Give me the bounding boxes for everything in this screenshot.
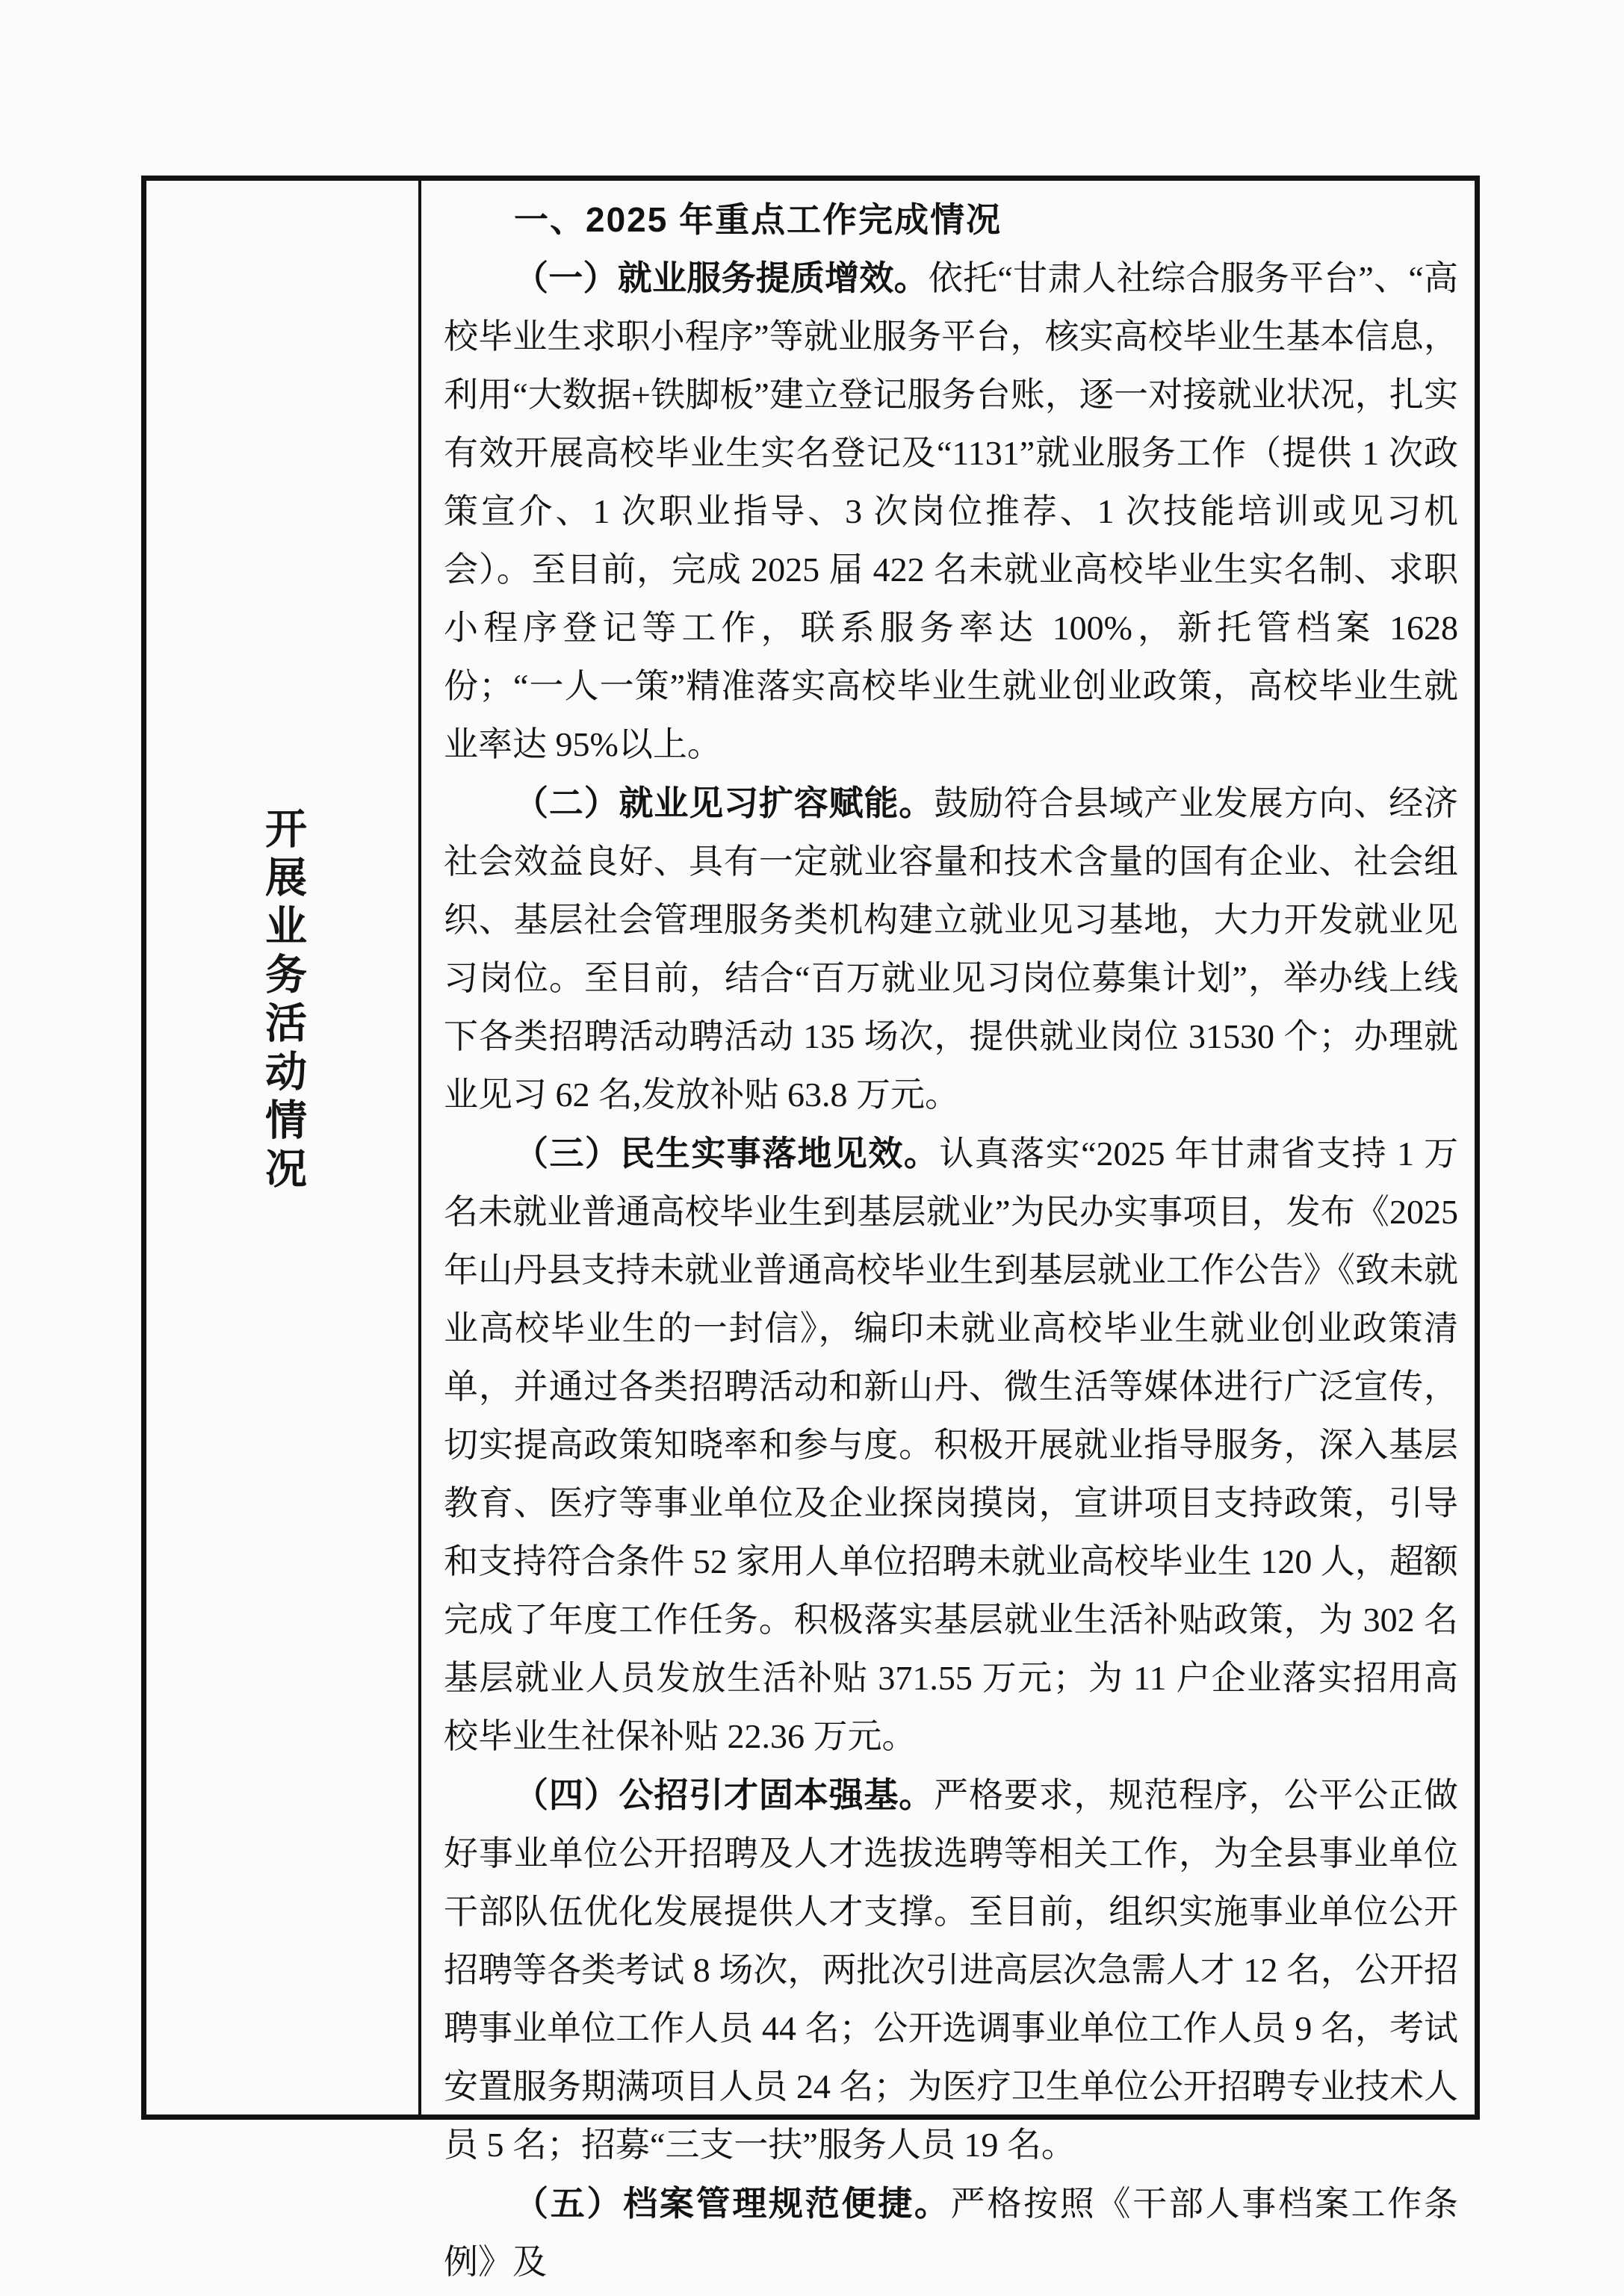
section-label-cell: 开展业务活动情况: [146, 181, 421, 2115]
scanned-report-page: { "left_column": { "label": "开展业务活动情况" }…: [0, 0, 1624, 2296]
paragraph-archive-management: （五）档案管理规范便捷。严格按照《干部人事档案工作条例》及: [444, 2174, 1458, 2292]
paragraph-public-recruitment: （四）公招引才固本强基。严格要求，规范程序，公平公正做好事业单位公开招聘及人才选…: [444, 1766, 1458, 2174]
paragraph-body: 认真落实“2025 年甘肃省支持 1 万名未就业普通高校毕业生到基层就业”为民办…: [444, 1135, 1458, 1755]
paragraph-lead: （一）就业服务提质增效。: [514, 258, 929, 297]
paragraph-lead: （二）就业见习扩容赋能。: [514, 784, 934, 822]
paragraph-lead: （四）公招引才固本强基。: [514, 1775, 934, 1814]
paragraph-internship-expansion: （二）就业见习扩容赋能。鼓励符合县域产业发展方向、经济社会效益良好、具有一定就业…: [444, 774, 1458, 1124]
paragraph-body: 严格要求，规范程序，公平公正做好事业单位公开招聘及人才选拔选聘等相关工作，为全县…: [444, 1776, 1458, 2164]
report-table: 开展业务活动情况 一、2025 年重点工作完成情况 （一）就业服务提质增效。依托…: [141, 176, 1480, 2120]
paragraph-employment-services: （一）就业服务提质增效。依托“甘肃人社综合服务平台”、“高校毕业生求职小程序”等…: [444, 249, 1458, 774]
section-label: 开展业务活动情况: [252, 807, 312, 1195]
paragraph-body: 依托“甘肃人社综合服务平台”、“高校毕业生求职小程序”等就业服务平台，核实高校毕…: [444, 259, 1458, 763]
report-content-cell: 一、2025 年重点工作完成情况 （一）就业服务提质增效。依托“甘肃人社综合服务…: [421, 181, 1475, 2115]
paragraph-lead: （五）档案管理规范便捷。: [514, 2184, 951, 2223]
paragraph-body: 鼓励符合县域产业发展方向、经济社会效益良好、具有一定就业容量和技术含量的国有企业…: [444, 784, 1458, 1114]
paragraph-lead: （三）民生实事落地见效。: [514, 1134, 939, 1173]
section-heading: 一、2025 年重点工作完成情况: [444, 190, 1458, 249]
paragraph-livelihood-projects: （三）民生实事落地见效。认真落实“2025 年甘肃省支持 1 万名未就业普通高校…: [444, 1124, 1458, 1766]
